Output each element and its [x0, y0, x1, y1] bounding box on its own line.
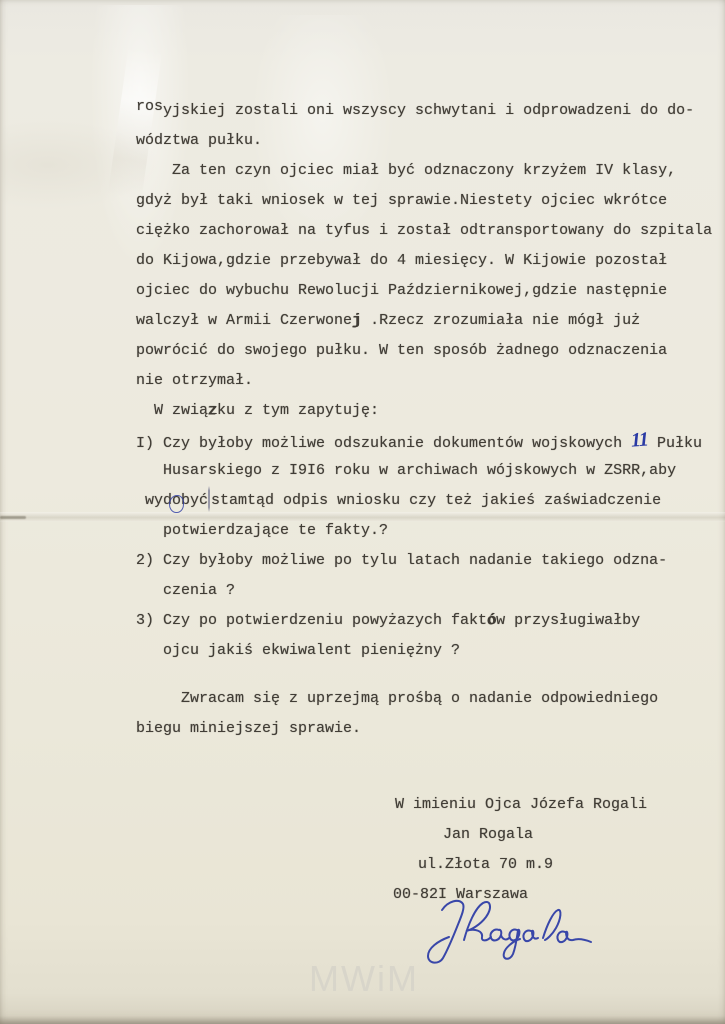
document-line: wydobyćstamtąd odpis wniosku czy też jak… [136, 486, 712, 516]
pen-caret-mark [208, 486, 210, 512]
signature-block-line: W imieniu Ojca Józefa Rogali [395, 790, 647, 820]
pen-circle-mark: o [172, 492, 181, 509]
signature-block-line: ul.Złota 70 m.9 [418, 850, 553, 880]
document-line: czenia ? [136, 576, 712, 606]
document-line: do Kijowa,gdzie przebywał do 4 miesięcy.… [136, 246, 712, 276]
document-line: W związku z tym zapytuję: [136, 396, 712, 426]
handwritten-regiment-number: 11 [630, 424, 649, 455]
document-line: 3) Czy po potwierdzeniu powyżazych faktó… [136, 606, 712, 636]
document-line: ojcu jakiś ekwiwalent pieniężny ? [136, 636, 712, 666]
document-line: 2) Czy byłoby możliwe po tylu latach nad… [136, 546, 712, 576]
document-line: biegu miniejszej sprawie. [136, 714, 712, 744]
scanned-letter-page: rosyjskiej zostali oni wszyscy schwytani… [0, 0, 725, 1024]
document-line: Husarskiego z I9I6 roku w archiwach wójs… [136, 456, 712, 486]
document-line: I) Czy byłoby możliwe odszukanie dokumen… [136, 426, 712, 456]
signature-block-line: Jan Rogala [443, 820, 533, 850]
document-line: Zwracam się z uprzejmą prośbą o nadanie … [136, 684, 712, 714]
document-line: Za ten czyn ojciec miał być odznaczony k… [136, 156, 712, 186]
document-line: nie otrzymał. [136, 366, 712, 396]
watermark-mwim: MWiM [309, 958, 419, 1000]
document-line: ciężko zachorował na tyfus i został odtr… [136, 216, 712, 246]
document-line: potwierdzające te fakty.? [136, 516, 712, 546]
typewritten-text: rosyjskiej zostali oni wszyscy schwytani… [136, 96, 712, 744]
document-line: gdyż był taki wniosek w tej sprawie.Nies… [136, 186, 712, 216]
document-line: walczył w Armii Czerwonej .Rzecz zrozumi… [136, 306, 712, 336]
document-line: ojciec do wybuchu Rewolucji Październiko… [136, 276, 712, 306]
document-line: powrócić do swojego pułku. W ten sposób … [136, 336, 712, 366]
document-line: wództwa pułku. [136, 126, 712, 156]
document-line: rosyjskiej zostali oni wszyscy schwytani… [136, 96, 712, 126]
handwritten-signature [412, 893, 597, 975]
